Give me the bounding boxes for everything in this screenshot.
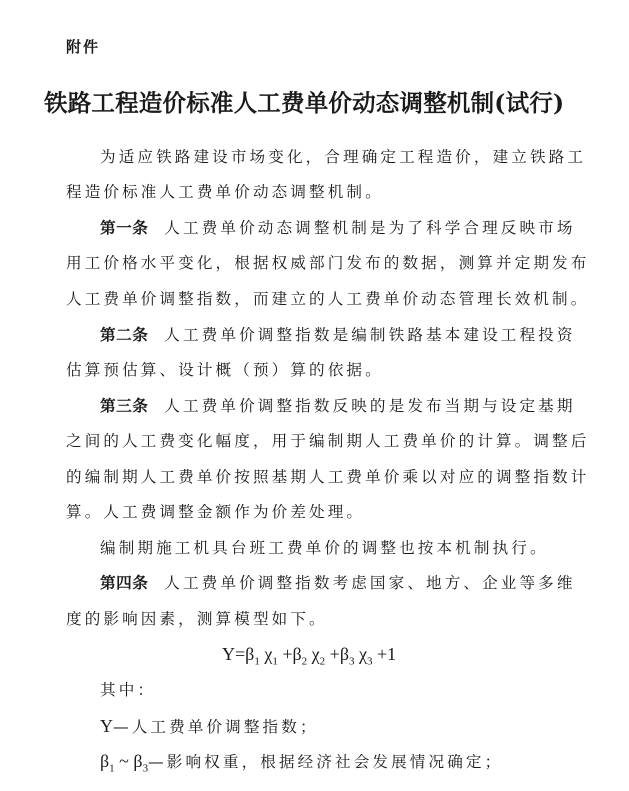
definition-y-text: —人工费单价调整指数；: [113, 718, 319, 736]
intro-line-2: 程造价标准人工费单价动态调整机制。: [66, 182, 566, 202]
formula-plus-2: +: [325, 644, 340, 664]
formula-y: Y: [222, 644, 235, 664]
formula-beta-1: β: [245, 644, 254, 664]
formula-constant: +1: [372, 644, 396, 664]
definition-beta: β1 ~ β3—影响权重，根据经济社会发展情况确定；: [100, 751, 600, 779]
article-4-heading: 第四条: [100, 574, 148, 592]
formula: Y=β1 χ1 +β2 χ2 +β3 χ3 +1: [222, 644, 396, 668]
beta-b: β: [133, 751, 142, 771]
article-3-line-3: 的编制期人工费单价按照基期人工费单价乘以对应的调整指数计: [66, 467, 566, 487]
article-3-line-2: 之间的人工费变化幅度，用于编制期人工费单价的计算。调整后: [66, 431, 566, 451]
article-1-line-3: 人工费单价调整指数，而建立的人工费单价动态管理长效机制。: [66, 289, 566, 309]
article-4-line-2: 度的影响因素，测算模型如下。: [66, 609, 566, 629]
article-1-heading: 第一条: [100, 219, 148, 237]
article-3-line-4: 算。人工费调整金额作为价差处理。: [66, 502, 566, 522]
article-3-extra-paragraph: 编制期施工机具台班工费单价的调整也按本机制执行。: [100, 538, 600, 558]
article-1-first-line: 第一条人工费单价动态调整机制是为了科学合理反映市场: [100, 218, 600, 238]
article-2-heading: 第二条: [100, 326, 148, 344]
article-4-text: 人工费单价调整指数考虑国家、地方、企业等多维: [164, 574, 575, 592]
formula-beta-3: β: [340, 644, 349, 664]
article-2-line-2: 估算预估算、设计概（预）算的依据。: [66, 360, 566, 380]
definition-y-symbol: Y: [100, 716, 113, 736]
document-page: 附件 铁路工程造价标准人工费单价动态调整机制(试行) 为适应铁路建设市场变化，合…: [0, 0, 629, 791]
article-3-first-line: 第三条人工费单价调整指数反映的是发布当期与设定基期: [100, 396, 600, 416]
definition-y: Y—人工费单价调整指数；: [100, 716, 600, 737]
beta-a: β: [100, 751, 109, 771]
formula-beta-3-sub: 3: [349, 656, 355, 668]
document-title: 铁路工程造价标准人工费单价动态调整机制(试行): [44, 84, 589, 118]
formula-equals: =: [235, 644, 245, 664]
article-2-text: 人工费单价调整指数是编制铁路基本建设工程投资: [164, 326, 575, 344]
intro-line-1: 为适应铁路建设市场变化，合理确定工程造价，建立铁路工: [100, 147, 600, 167]
definition-beta-symbol: β1 ~ β3: [100, 751, 148, 771]
formula-chi-3: χ: [359, 644, 367, 664]
article-4-first-line: 第四条人工费单价调整指数考虑国家、地方、企业等多维: [100, 573, 600, 593]
article-2-first-line: 第二条人工费单价调整指数是编制铁路基本建设工程投资: [100, 325, 600, 345]
formula-chi-2: χ: [312, 644, 320, 664]
where-label: 其中：: [100, 680, 600, 700]
article-1-text: 人工费单价动态调整机制是为了科学合理反映市场: [164, 219, 575, 237]
article-3-text: 人工费单价调整指数反映的是发布当期与设定基期: [164, 397, 575, 415]
formula-plus-1: +: [278, 644, 293, 664]
article-1-line-2: 用工价格水平变化，根据权威部门发布的数据，测算并定期发布: [66, 253, 566, 273]
definition-beta-text: —影响权重，根据经济社会发展情况确定；: [148, 753, 503, 771]
formula-beta-1-sub: 1: [254, 656, 260, 668]
formula-beta-2: β: [292, 644, 301, 664]
article-3-heading: 第三条: [100, 397, 148, 415]
attachment-label: 附件: [66, 36, 100, 57]
formula-beta-2-sub: 2: [302, 656, 308, 668]
beta-range: ~: [115, 751, 134, 771]
